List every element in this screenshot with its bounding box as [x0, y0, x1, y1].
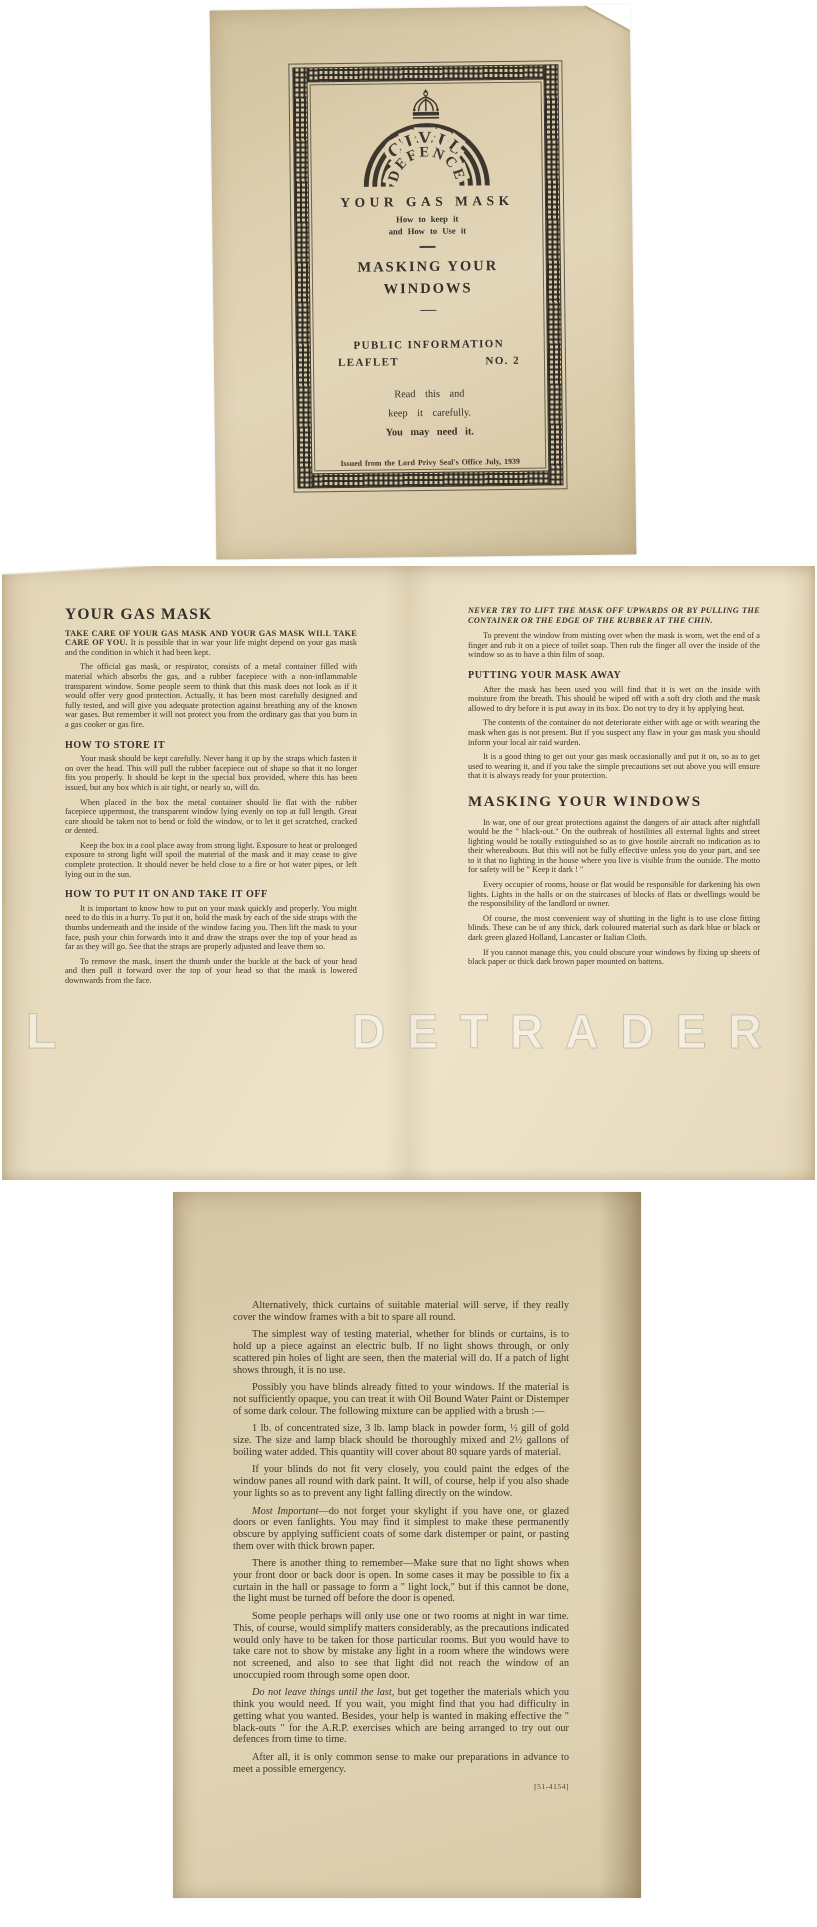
italic-lead: Most Important	[252, 1506, 318, 1517]
paragraph: Possibly you have blinds already fitted …	[233, 1382, 569, 1417]
border-top-strip	[292, 64, 558, 82]
paragraph: In war, one of our great protections aga…	[468, 818, 760, 876]
paragraph: It is important to know how to put on yo…	[65, 904, 357, 952]
cover-title2-line1: MASKING YOUR	[357, 255, 498, 279]
cover-subtitle-line2: and How to Use it	[389, 224, 467, 237]
warning-paragraph: NEVER TRY TO LIFT THE MASK OFF UPWARDS O…	[468, 606, 760, 625]
back-page-text: Alternatively, thick curtains of suitabl…	[233, 1300, 569, 1793]
ornamental-border-frame: CIVIL DEFENCE YOUR GAS MASK How to keep …	[292, 64, 563, 488]
paragraph: Some people perhaps will only use one or…	[233, 1611, 569, 1681]
notice-line1: Read this and	[385, 384, 473, 404]
notice-block: Read this and keep it carefully. You may…	[385, 384, 474, 442]
cover-title: YOUR GAS MASK	[340, 192, 513, 210]
section-heading-your-gas-mask: YOUR GAS MASK	[65, 610, 357, 620]
spread-right-column: NEVER TRY TO LIFT THE MASK OFF UPWARDS O…	[468, 606, 760, 972]
paragraph: If you cannot manage this, you could obs…	[468, 948, 760, 967]
divider-dash	[420, 246, 436, 247]
italic-lead: Do not leave things until the last	[252, 1687, 392, 1698]
civil-defence-rainbow-icon: CIVIL DEFENCE	[347, 119, 506, 188]
imprint-line: Issued from the Lord Privy Seal's Office…	[340, 457, 520, 468]
subheading-how-to-put-it-on: HOW TO PUT IT ON AND TAKE IT OFF	[65, 890, 357, 900]
notice-line3: You may need it.	[386, 422, 474, 442]
svg-text:CIVIL: CIVIL	[383, 127, 470, 162]
cover-title-secondary: MASKING YOUR WINDOWS	[357, 255, 498, 302]
scanned-leaflet-montage: CIVIL DEFENCE YOUR GAS MASK How to keep …	[0, 0, 817, 1927]
paragraph: The official gas mask, or respirator, co…	[65, 662, 357, 729]
paragraph: Your mask should be kept carefully. Neve…	[65, 754, 357, 792]
paragraph: There is another thing to remember—Make …	[233, 1558, 569, 1605]
paragraph: After the mask has been used you will fi…	[468, 685, 760, 714]
paragraph: Of course, the most convenient way of sh…	[468, 914, 760, 943]
spread-left-column: YOUR GAS MASK TAKE CARE OF YOUR GAS MASK…	[65, 610, 357, 991]
cover-subtitle: How to keep it and How to Use it	[388, 212, 466, 238]
print-code: [51-4154]	[233, 1781, 569, 1793]
series-label: LEAFLET	[338, 356, 399, 369]
cover-page: CIVIL DEFENCE YOUR GAS MASK How to keep …	[210, 5, 637, 559]
paragraph: After all, it is only common sense to ma…	[233, 1752, 569, 1775]
paragraph: Every occupier of rooms, house or flat w…	[468, 880, 760, 909]
paragraph: To prevent the window from misting over …	[468, 631, 760, 660]
paragraph: Do not leave things until the last, but …	[233, 1687, 569, 1746]
notice-line2: keep it carefully.	[385, 403, 473, 423]
series-line1: PUBLIC INFORMATION	[338, 338, 520, 352]
paragraph: Keep the box in a cool place away from s…	[65, 841, 357, 879]
series-block: PUBLIC INFORMATION LEAFLET NO. 2	[338, 338, 520, 369]
inner-spread: YOUR GAS MASK TAKE CARE OF YOUR GAS MASK…	[2, 566, 815, 1180]
paragraph: If your blinds do not fit very closely, …	[233, 1464, 569, 1499]
paragraph: To remove the mask, insert the thumb und…	[65, 957, 357, 986]
border-bottom-strip	[297, 470, 563, 488]
back-page: Alternatively, thick curtains of suitabl…	[173, 1192, 641, 1898]
section-heading-masking-your-windows: MASKING YOUR WINDOWS	[468, 798, 760, 808]
paragraph: The simplest way of testing material, wh…	[233, 1329, 569, 1376]
border-left-strip	[292, 67, 312, 488]
paragraph: TAKE CARE OF YOUR GAS MASK AND YOUR GAS …	[65, 629, 357, 658]
series-number: NO. 2	[485, 355, 520, 367]
subheading-putting-your-mask-away: PUTTING YOUR MASK AWAY	[468, 671, 760, 681]
cover-content: CIVIL DEFENCE YOUR GAS MASK How to keep …	[313, 85, 544, 469]
paragraph: The contents of the container do not det…	[468, 718, 760, 747]
paragraph: It is a good thing to get out your gas m…	[468, 752, 760, 781]
cover-title2-line2: WINDOWS	[358, 277, 499, 301]
paragraph: When placed in the box the metal contain…	[65, 798, 357, 836]
border-right-strip	[543, 64, 563, 485]
paragraph: Most Important—do not forget your skylig…	[233, 1506, 569, 1553]
cover-subtitle-line1: How to keep it	[388, 212, 466, 225]
paragraph: Alternatively, thick curtains of suitabl…	[233, 1300, 569, 1323]
divider-dash	[420, 309, 436, 310]
crown-icon	[403, 88, 449, 121]
svg-text:DEFENCE: DEFENCE	[385, 144, 468, 184]
subheading-how-to-store-it: HOW TO STORE IT	[65, 741, 357, 751]
mixture-recipe: 1 lb. of concentrated size, 3 lb. lamp b…	[233, 1423, 569, 1458]
